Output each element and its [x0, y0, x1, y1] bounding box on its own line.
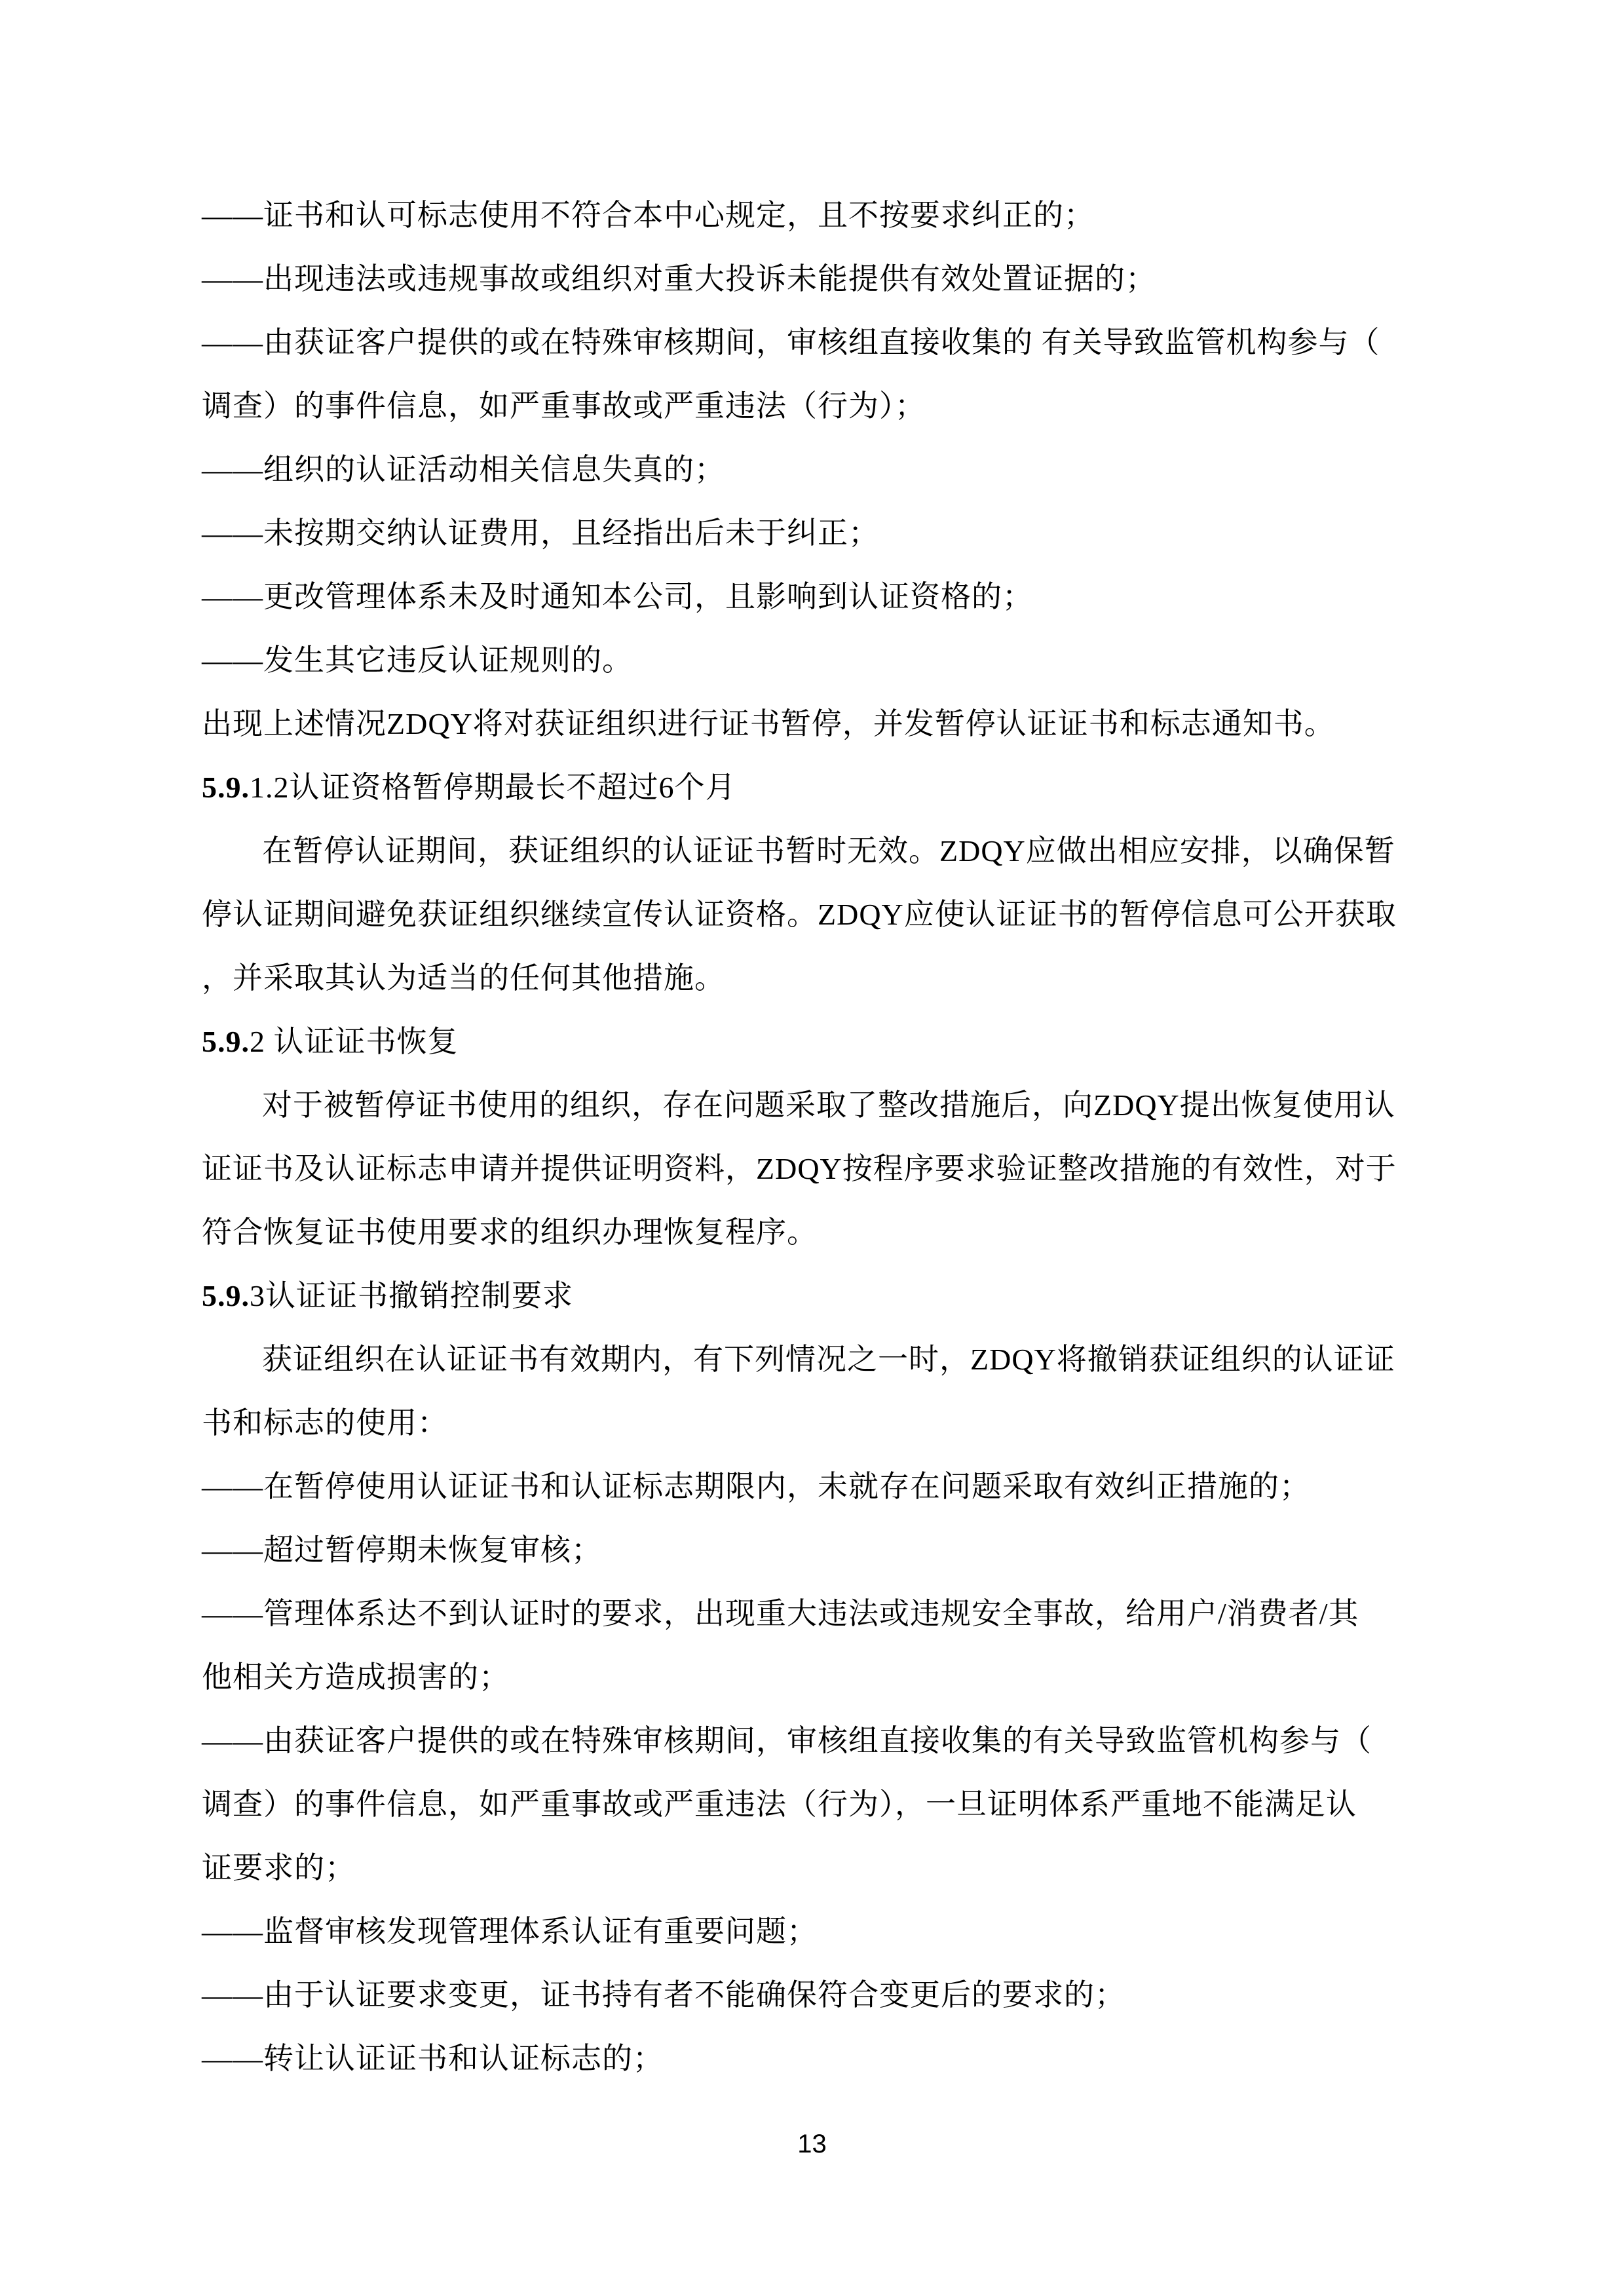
- section-heading-text: 3认证证书撤销控制要求: [250, 1279, 573, 1312]
- section-heading: 5.9.1.2认证资格暂停期最长不超过6个月: [202, 756, 1427, 819]
- dash-item-line: ——出现违法或违规事故或组织对重大投诉未能提供有效处置证据的；: [202, 247, 1427, 311]
- dash-item-line: ——监督审核发现管理体系认证有重要问题；: [202, 1900, 1427, 1963]
- paragraph-line: 对于被暂停证书使用的组织，存在问题采取了整改措施后，向ZDQY提出恢复使用认: [202, 1073, 1427, 1137]
- dash-item-line: ——在暂停使用认证证书和认证标志期限内，未就存在问题采取有效纠正措施的；: [202, 1455, 1427, 1518]
- document-body: ——证书和认可标志使用不符合本中心规定，且不按要求纠正的； ——出现违法或违规事…: [202, 183, 1427, 2090]
- continuation-line: 证要求的；: [202, 1836, 1427, 1900]
- continuation-line: 证证书及认证标志申请并提供证明资料，ZDQY按程序要求验证整改措施的有效性，对于: [202, 1137, 1427, 1200]
- dash-item-line: ——超过暂停期未恢复审核；: [202, 1518, 1427, 1582]
- page-number: 13: [0, 2128, 1624, 2160]
- section-number: 5.9.: [202, 1279, 250, 1312]
- continuation-line: 调查）的事件信息，如严重事故或严重违法（行为）；: [202, 374, 1427, 438]
- dash-item-line: ——发生其它违反认证规则的。: [202, 628, 1427, 692]
- paragraph-line: 出现上述情况ZDQY将对获证组织进行证书暂停，并发暂停认证证书和标志通知书。: [202, 692, 1427, 756]
- continuation-line: 他相关方造成损害的；: [202, 1645, 1427, 1709]
- section-number: 5.9.: [202, 1025, 250, 1058]
- dash-item-line: ——由获证客户提供的或在特殊审核期间，审核组直接收集的有关导致监管机构参与（: [202, 1709, 1427, 1772]
- document-page: ——证书和认可标志使用不符合本中心规定，且不按要求纠正的； ——出现违法或违规事…: [0, 0, 1624, 2296]
- continuation-line: 停认证期间避免获证组织继续宣传认证资格。ZDQY应使认证证书的暂停信息可公开获取: [202, 883, 1427, 946]
- dash-item-line: ——未按期交纳认证费用，且经指出后未于纠正；: [202, 501, 1427, 565]
- section-heading: 5.9.3认证证书撤销控制要求: [202, 1264, 1427, 1328]
- dash-item-line: ——管理体系达不到认证时的要求，出现重大违法或违规安全事故，给用户/消费者/其: [202, 1582, 1427, 1645]
- paragraph-line: 获证组织在认证证书有效期内，有下列情况之一时，ZDQY将撤销获证组织的认证证: [202, 1328, 1427, 1391]
- dash-item-line: ——组织的认证活动相关信息失真的；: [202, 438, 1427, 501]
- paragraph-line: 在暂停认证期间，获证组织的认证证书暂时无效。ZDQY应做出相应安排，以确保暂: [202, 819, 1427, 883]
- continuation-line: ，并采取其认为适当的任何其他措施。: [202, 946, 1427, 1010]
- section-heading: 5.9.2 认证证书恢复: [202, 1010, 1427, 1073]
- continuation-line: 书和标志的使用：: [202, 1391, 1427, 1455]
- dash-item-line: ——更改管理体系未及时通知本公司，且影响到认证资格的；: [202, 565, 1427, 628]
- continuation-line: 调查）的事件信息，如严重事故或严重违法（行为），一旦证明体系严重地不能满足认: [202, 1772, 1427, 1836]
- section-heading-text: 1.2认证资格暂停期最长不超过6个月: [250, 771, 736, 804]
- section-heading-text: 2 认证证书恢复: [250, 1025, 459, 1058]
- dash-item-line: ——由获证客户提供的或在特殊审核期间，审核组直接收集的 有关导致监管机构参与（: [202, 311, 1427, 374]
- dash-item-line: ——证书和认可标志使用不符合本中心规定，且不按要求纠正的；: [202, 183, 1427, 247]
- section-number: 5.9.: [202, 771, 250, 804]
- dash-item-line: ——由于认证要求变更，证书持有者不能确保符合变更后的要求的；: [202, 1963, 1427, 2027]
- dash-item-line: ——转让认证证书和认证标志的；: [202, 2027, 1427, 2090]
- continuation-line: 符合恢复证书使用要求的组织办理恢复程序。: [202, 1200, 1427, 1264]
